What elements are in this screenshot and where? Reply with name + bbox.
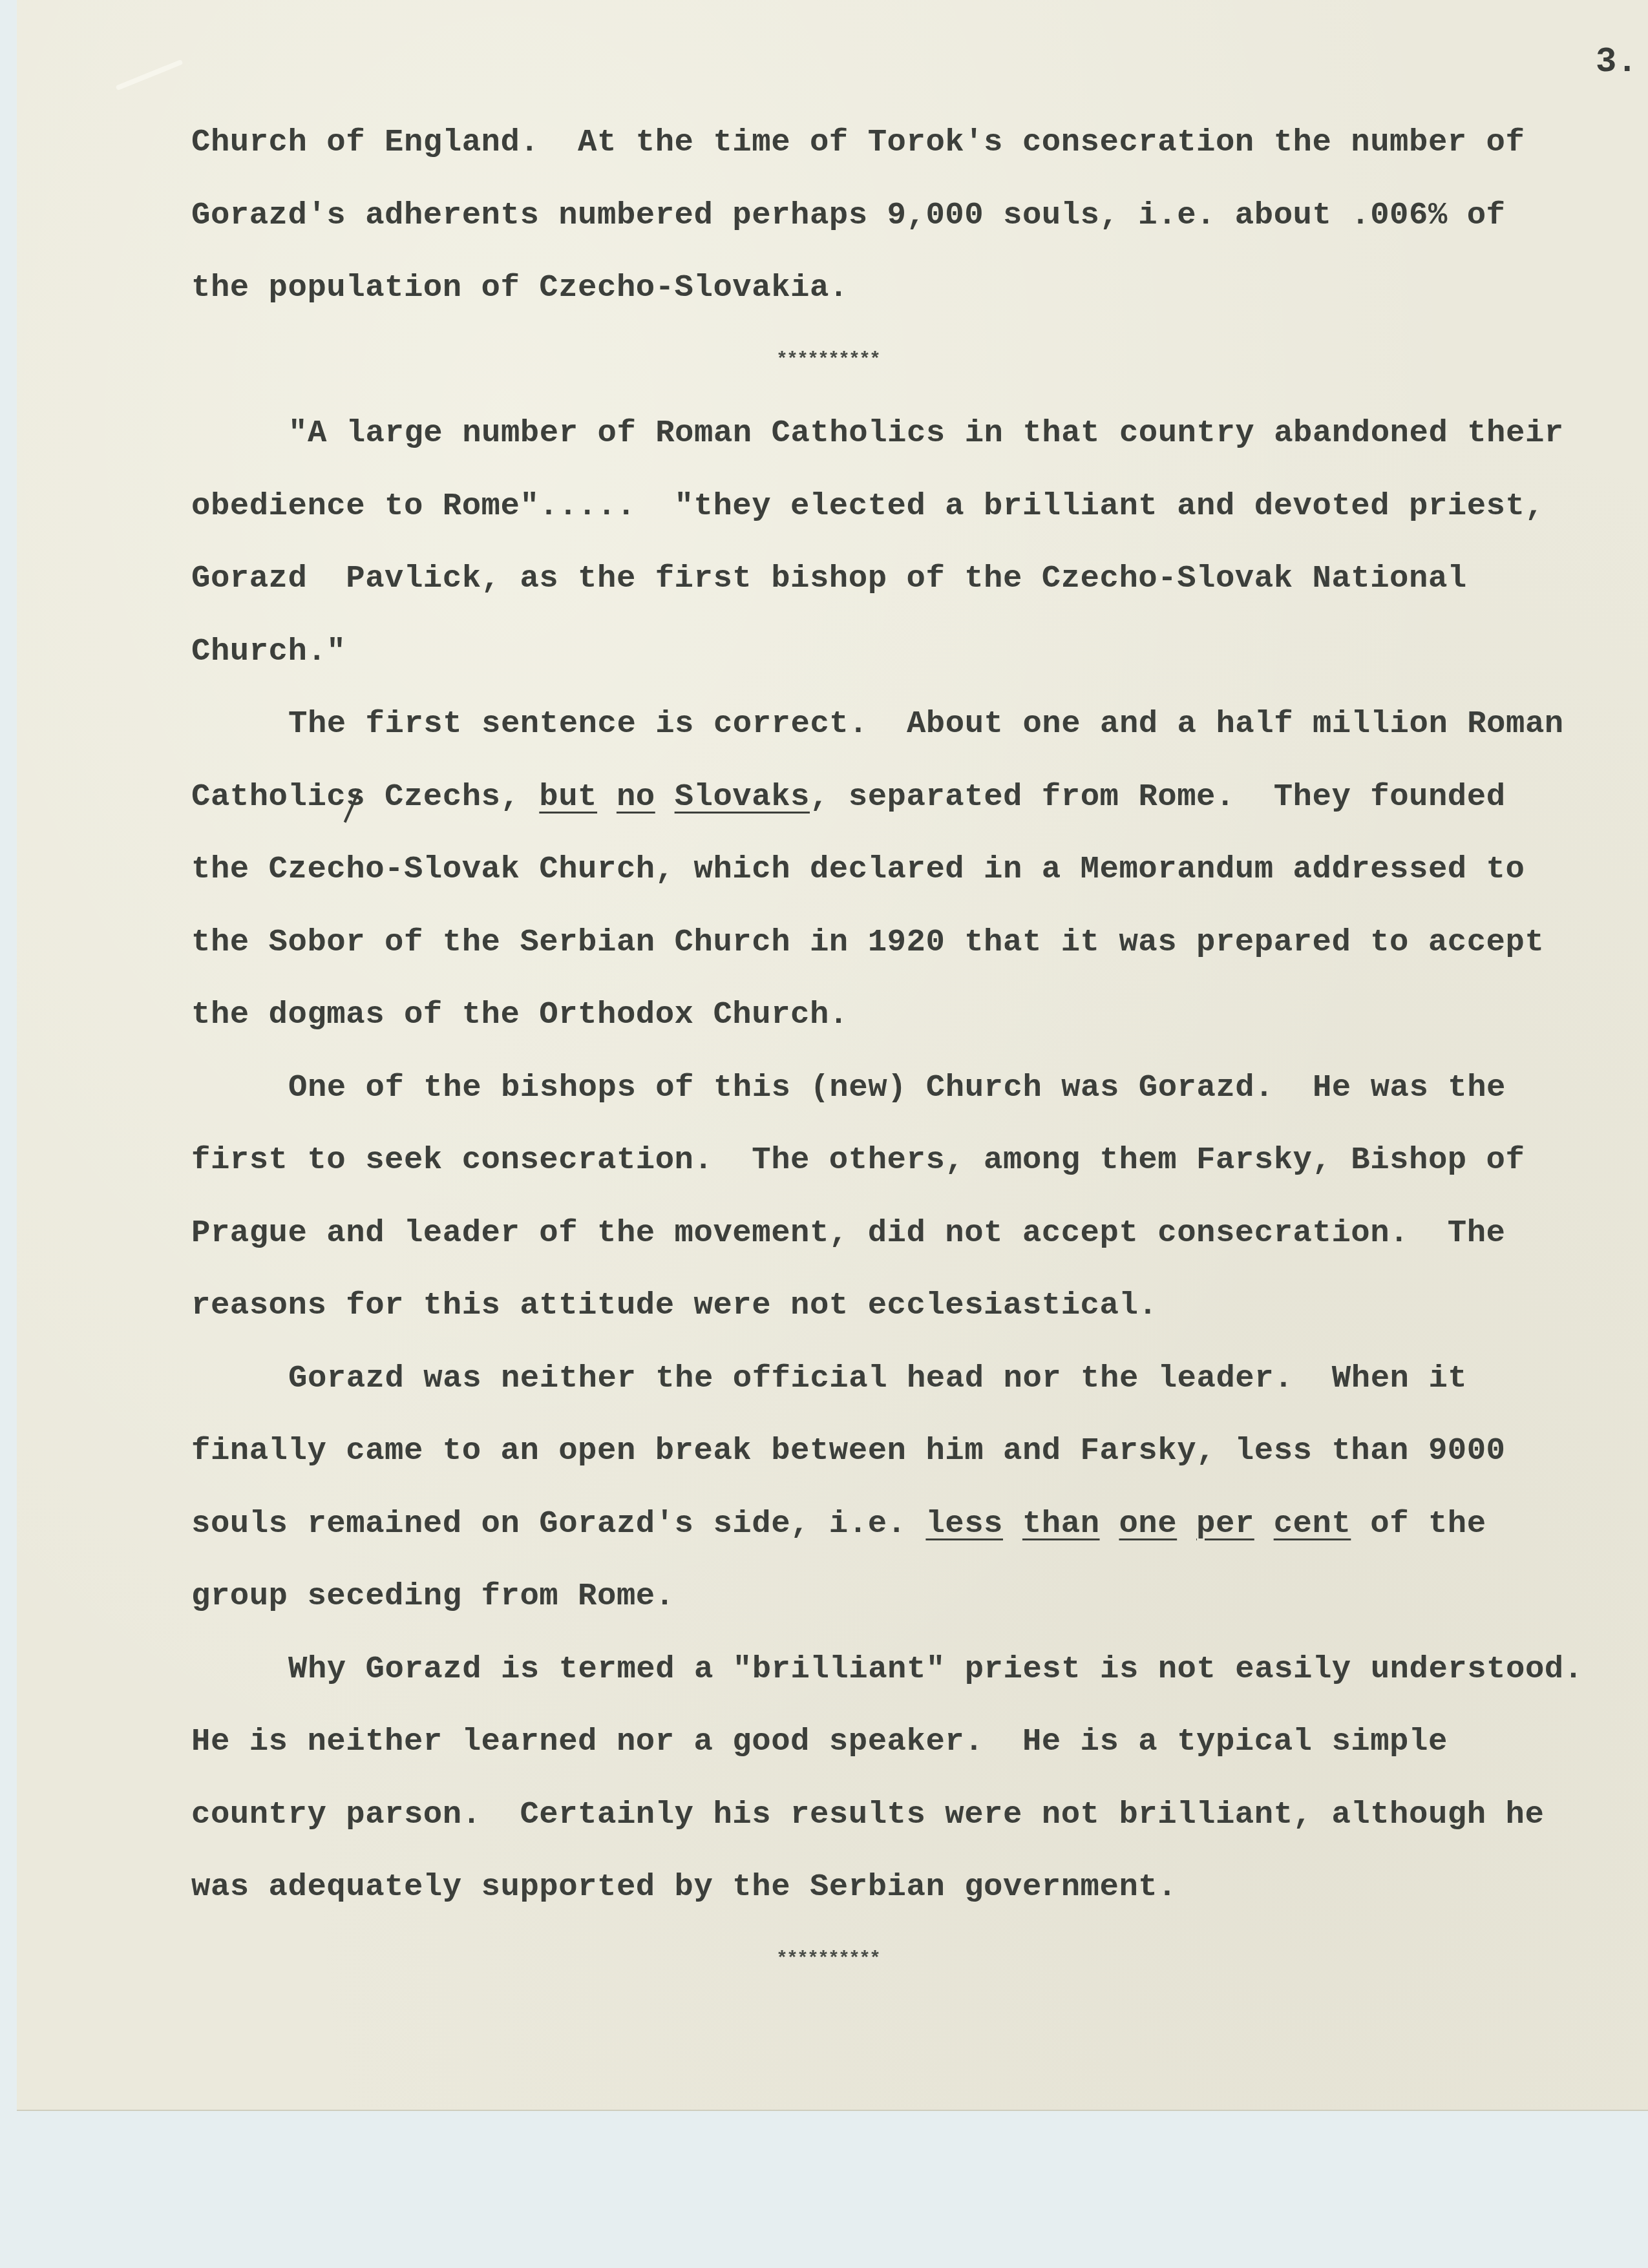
text-segment: of the: [1351, 1506, 1486, 1542]
text-segment: souls remained on Gorazd's side, i.e.: [191, 1506, 925, 1542]
text-line: group seceding from Rome.: [191, 1570, 1613, 1643]
space: [597, 779, 617, 815]
text-line: country parson. Certainly his results we…: [191, 1789, 1613, 1862]
underlined-word: per: [1196, 1506, 1254, 1542]
space: [1177, 1506, 1196, 1542]
text-line: finally came to an open break between hi…: [191, 1425, 1613, 1498]
text-line: Church.": [191, 625, 1613, 698]
text-line: Gorazd's adherents numbered perhaps 9,00…: [191, 189, 1613, 262]
struck-through-letter: s: [346, 779, 365, 815]
text-segment: Catholic: [191, 779, 346, 815]
text-line-with-underlines: souls remained on Gorazd's side, i.e. le…: [191, 1498, 1613, 1571]
text-line: Gorazd was neither the official head nor…: [191, 1352, 1613, 1425]
asterisk-divider: **********: [191, 1934, 1613, 2007]
document-body: Church of England. At the time of Torok'…: [191, 116, 1613, 2006]
underlined-word: no: [617, 779, 655, 815]
text-line: the dogmas of the Orthodox Church.: [191, 989, 1613, 1062]
text-line: was adequately supported by the Serbian …: [191, 1861, 1613, 1934]
typewritten-page: 3. Church of England. At the time of Tor…: [17, 0, 1648, 2110]
text-line: Gorazd Pavlick, as the first bishop of t…: [191, 552, 1613, 625]
page-number: 3.: [1596, 43, 1638, 82]
text-segment: Czechs,: [365, 779, 539, 815]
text-line: "A large number of Roman Catholics in th…: [191, 407, 1613, 480]
text-line: Church of England. At the time of Torok'…: [191, 116, 1613, 189]
space: [1100, 1506, 1119, 1542]
text-line: Prague and leader of the movement, did n…: [191, 1207, 1613, 1280]
underlined-word: less: [925, 1506, 1003, 1542]
text-line: the Sobor of the Serbian Church in 1920 …: [191, 916, 1613, 989]
underlined-word: but: [539, 779, 597, 815]
space: [655, 779, 675, 815]
paper-tear-mark: [116, 59, 184, 91]
text-line: reasons for this attitude were not eccle…: [191, 1279, 1613, 1352]
text-line: Why Gorazd is termed a "brilliant" pries…: [191, 1643, 1613, 1716]
text-line: He is neither learned nor a good speaker…: [191, 1716, 1613, 1789]
asterisk-divider: **********: [191, 335, 1613, 408]
text-segment: , separated from Rome. They founded: [810, 779, 1506, 815]
text-line-with-underlines: Catholics Czechs, but no Slovaks, separa…: [191, 771, 1613, 844]
underlined-word: Slovaks: [675, 779, 810, 815]
underlined-word: than: [1022, 1506, 1100, 1542]
text-line: the population of Czecho-Slovakia.: [191, 262, 1613, 335]
text-line: obedience to Rome"..... "they elected a …: [191, 480, 1613, 553]
underlined-word: one: [1119, 1506, 1177, 1542]
underlined-word: cent: [1274, 1506, 1351, 1542]
text-line: the Czecho-Slovak Church, which declared…: [191, 843, 1613, 916]
space: [1254, 1506, 1274, 1542]
text-line: The first sentence is correct. About one…: [191, 698, 1613, 771]
text-line: One of the bishops of this (new) Church …: [191, 1062, 1613, 1135]
text-line: first to seek consecration. The others, …: [191, 1134, 1613, 1207]
space: [1003, 1506, 1022, 1542]
